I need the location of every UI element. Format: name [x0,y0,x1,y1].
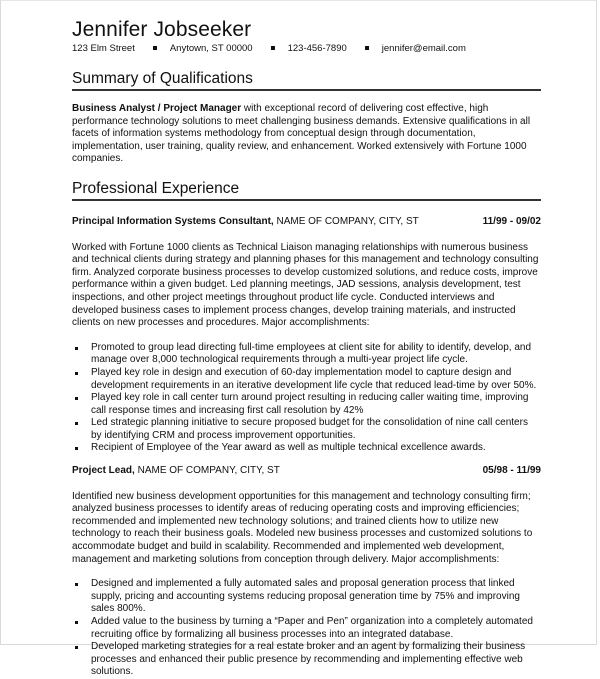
square-bullet-icon [75,621,78,624]
accomplishments-list: Designed and implemented a fully automat… [72,578,541,650]
square-bullet-icon [75,447,78,450]
job-company: NAME OF COMPANY, CITY, ST [274,216,419,227]
experience-heading: Professional Experience [72,180,541,201]
accomplishment-text: Played key role in call center turn arou… [91,392,528,416]
resume-page: Jennifer Jobseeker 123 Elm Street Anytow… [0,0,597,645]
square-bullet-icon [75,583,78,586]
square-bullet-icon [271,46,275,50]
accomplishment-text: Recipient of Employee of the Year award … [91,442,486,453]
accomplishment-item: Added value to the business by turning a… [72,616,541,641]
accomplishment-item: Promoted to group lead directing full-ti… [72,342,541,367]
job-title: Project Lead, [72,465,135,476]
job-header: Principal Information Systems Consultant… [72,216,541,229]
accomplishment-item: Played key role in design and execution … [72,367,541,392]
square-bullet-icon [75,422,78,425]
square-bullet-icon [75,372,78,375]
summary-heading: Summary of Qualifications [72,70,541,91]
job-dates: 05/98 - 11/99 [483,465,541,478]
summary-paragraph: Business Analyst / Project Manager with … [72,103,541,166]
accomplishment-item: Developed marketing strategies for a rea… [72,641,541,650]
summary-lead: Business Analyst / Project Manager [72,103,241,114]
accomplishment-text: Led strategic planning initiative to sec… [91,417,528,441]
contact-email: jennifer@email.com [382,43,466,55]
contact-phone: 123-456-7890 [288,43,347,55]
square-bullet-icon [75,397,78,400]
square-bullet-icon [75,347,78,350]
accomplishments-list: Promoted to group lead directing full-ti… [72,342,541,455]
square-bullet-icon [153,46,157,50]
candidate-name: Jennifer Jobseeker [72,18,541,42]
job-description: Identified new business development oppo… [72,491,541,567]
accomplishment-item: Played key role in call center turn arou… [72,392,541,417]
square-bullet-icon [75,646,78,649]
accomplishment-item: Designed and implemented a fully automat… [72,578,541,616]
job-company: NAME OF COMPANY, CITY, ST [135,465,280,476]
accomplishment-item: Led strategic planning initiative to sec… [72,417,541,442]
accomplishment-text: Designed and implemented a fully automat… [91,578,520,614]
accomplishment-text: Played key role in design and execution … [91,367,536,391]
accomplishment-text: Added value to the business by turning a… [91,616,533,640]
resume-content: Jennifer Jobseeker 123 Elm Street Anytow… [72,18,541,650]
contact-city: Anytown, ST 00000 [170,43,253,55]
job-title: Principal Information Systems Consultant… [72,216,274,227]
accomplishment-item: Recipient of Employee of the Year award … [72,442,541,455]
job-title-line: Project Lead, NAME OF COMPANY, CITY, ST [72,465,280,478]
accomplishment-text: Developed marketing strategies for a rea… [91,641,525,650]
square-bullet-icon [365,46,369,50]
job-description: Worked with Fortune 1000 clients as Tech… [72,242,541,330]
accomplishment-text: Promoted to group lead directing full-ti… [91,342,531,366]
job-header: Project Lead, NAME OF COMPANY, CITY, ST … [72,465,541,478]
job-dates: 11/99 - 09/02 [483,216,541,229]
job-title-line: Principal Information Systems Consultant… [72,216,419,229]
contact-line: 123 Elm Street Anytown, ST 00000 123-456… [72,43,541,55]
contact-address: 123 Elm Street [72,43,135,55]
